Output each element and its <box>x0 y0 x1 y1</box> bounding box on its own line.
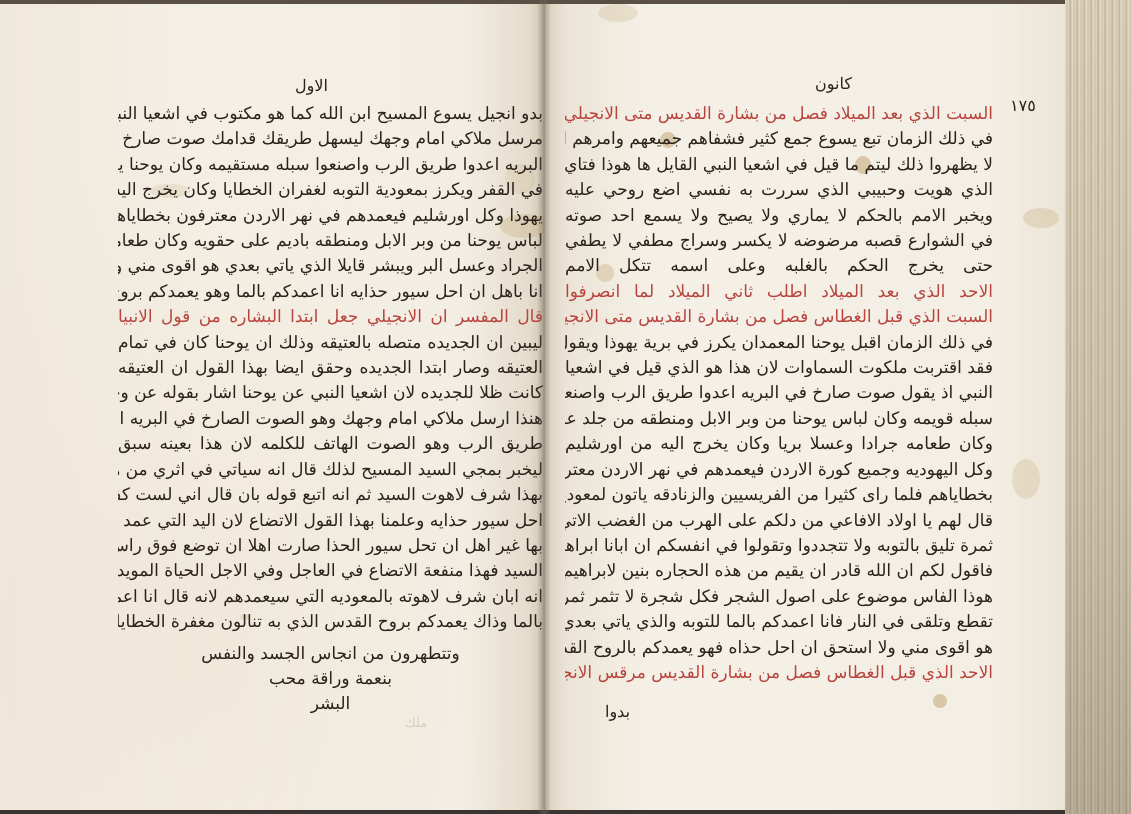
running-header: كانون <box>815 74 852 93</box>
text-line: وكل اليهوديه وجميع كورة الاردن فيعمدهم ف… <box>565 458 993 483</box>
text-line: النبي اذ يقول صوت صارخ في البريه اعدوا ط… <box>565 381 993 406</box>
text-line: وكان طعامه جرادا وعسلا بريا وكان يخرج ال… <box>565 432 993 457</box>
text-line: حتى يخرج الحكم بالغلبه وعلى اسمه تتكل ال… <box>565 254 993 279</box>
paper-stain <box>1023 208 1059 228</box>
text-line: في القفر ويكرز بمعودية التوبه لغفران الخ… <box>118 178 543 203</box>
text-line: في ذلك الزمان تبع يسوع جمع كثير فشفاهم ج… <box>565 127 993 152</box>
text-line: ليبين ان الجديده متصله بالعتيقه وذلك ان … <box>118 331 543 356</box>
paper-stain <box>933 694 947 708</box>
rubric-line: السبت الذي بعد الميلاد فصل من بشارة القد… <box>565 102 993 127</box>
text-line: بدو انجيل يسوع المسيح ابن الله كما هو مك… <box>118 102 543 127</box>
running-header: الاول <box>295 76 328 95</box>
text-line: كانت ظلا للجديده لان اشعيا النبي عن يوحن… <box>118 381 543 406</box>
text-line: ليخبر بمجي السيد المسيح لذلك قال انه سيا… <box>118 458 543 483</box>
text-line: بالما وذاك يعمدكم بروح القدس الذي به تنا… <box>118 610 543 635</box>
text-line: بهذا شرف لاهوت السيد ثم انه اتبع قوله با… <box>118 483 543 508</box>
text-line: انه ابان شرف لاهوته بالمعوديه التي سيعمد… <box>118 585 543 610</box>
paper-stain <box>598 4 638 22</box>
text-line: ويخبر الامم بالحكم لا يماري ولا يصيح ولا… <box>565 204 993 229</box>
rubric-line: الاحد الذي بعد الميلاد اطلب ثاني الميلاد… <box>565 280 993 305</box>
colophon-line: وتتطهرون من انجاس الجسد والنفس <box>118 642 543 667</box>
text-line: فقد اقتربت ملكوت السماوات لان هذا هو الذ… <box>565 356 993 381</box>
left-page: الاول بدو انجيل يسوع المسيح ابن الله كما… <box>0 4 545 810</box>
folio-number: ١٧٥ <box>1010 96 1036 115</box>
paper-stain <box>1012 459 1040 499</box>
text-line: تقطع وتلقى في النار فانا اعمدكم بالما لل… <box>565 610 993 635</box>
text-line: انا باهل ان احل سيور حذايه انا اعمدكم با… <box>118 280 543 305</box>
right-page: كانون ١٧٥ السبت الذي بعد الميلاد فصل من … <box>545 4 1065 810</box>
text-line: فاقول لكم ان الله قادر ان يقيم من هذه ال… <box>565 559 993 584</box>
open-manuscript: الاول بدو انجيل يسوع المسيح ابن الله كما… <box>0 0 1131 814</box>
text-line: لباس يوحنا من وبر الابل ومنطقه باديم على… <box>118 229 543 254</box>
rubric-line: قال المفسر ان الانجيلي جعل ابتدا البشاره… <box>118 305 543 330</box>
bleedthrough-mark: ملك <box>405 716 427 731</box>
text-line: سبله قويمه وكان لباس يوحنا من وبر الابل … <box>565 407 993 432</box>
text-line: بخطاياهم فلما راى كثيرا من الفريسيين وال… <box>565 483 993 508</box>
text-line: هوذا الفاس موضوع على اصول الشجر فكل شجرة… <box>565 585 993 610</box>
text-line: البريه اعدوا طريق الرب واصنعوا سبله مستق… <box>118 153 543 178</box>
text-line: احل سيور حذايه وعلمنا بهذا القول الاتضاع… <box>118 509 543 534</box>
text-line: العتيقه وصار ابتدا الجديده وحقق ايضا بهذ… <box>118 356 543 381</box>
page-edges <box>1065 0 1131 814</box>
rubric-line: السبت الذي قبل الغطاس فصل من بشارة القدي… <box>565 305 993 330</box>
rubric-line: الاحد الذي قبل الغطاس فصل من بشارة القدي… <box>565 661 993 686</box>
text-line: الذي هويت وحبيبي الذي سررت به نفسي اضع ر… <box>565 178 993 203</box>
right-text-block: السبت الذي بعد الميلاد فصل من بشارة القد… <box>565 102 993 686</box>
catchword: بدوا <box>605 702 630 721</box>
text-line: يهوذا وكل اورشليم فيعمدهم في نهر الاردن … <box>118 204 543 229</box>
text-line: لا يظهروا ذلك ليتم ما قيل في اشعيا النبي… <box>565 153 993 178</box>
text-line: بها غير اهل ان تحل سيور الحذا صارت اهلا … <box>118 534 543 559</box>
colophon-line: البشر <box>118 692 543 717</box>
text-line: السيد فهذا منفعة الاتضاع في العاجل وفي ا… <box>118 559 543 584</box>
text-line: الجراد وعسل البر ويبشر قايلا الذي ياتي ب… <box>118 254 543 279</box>
text-line: ثمرة تليق بالتوبه ولا تتجددوا وتقولوا في… <box>565 534 993 559</box>
text-line: هو اقوى مني ولا استحق ان احل حذاه فهو يع… <box>565 636 993 661</box>
text-line: في الشوارع قصبه مرضوضه لا يكسر وسراج مطف… <box>565 229 993 254</box>
colophon-line: بنعمة وراقة محب <box>118 667 543 692</box>
text-line: طريق الرب وهو الصوت الهاتف للكلمه لان هذ… <box>118 432 543 457</box>
left-text-block: بدو انجيل يسوع المسيح ابن الله كما هو مك… <box>118 102 543 718</box>
book-gutter <box>537 0 551 814</box>
text-line: قال لهم يا اولاد الافاعي من دلكم على اله… <box>565 509 993 534</box>
text-line: مرسل ملاكي امام وجهك ليسهل طريقك قدامك ص… <box>118 127 543 152</box>
text-line: هنذا ارسل ملاكي امام وجهك وهو الصوت الصا… <box>118 407 543 432</box>
text-line: في ذلك الزمان اقبل يوحنا المعمدان يكرز ف… <box>565 331 993 356</box>
